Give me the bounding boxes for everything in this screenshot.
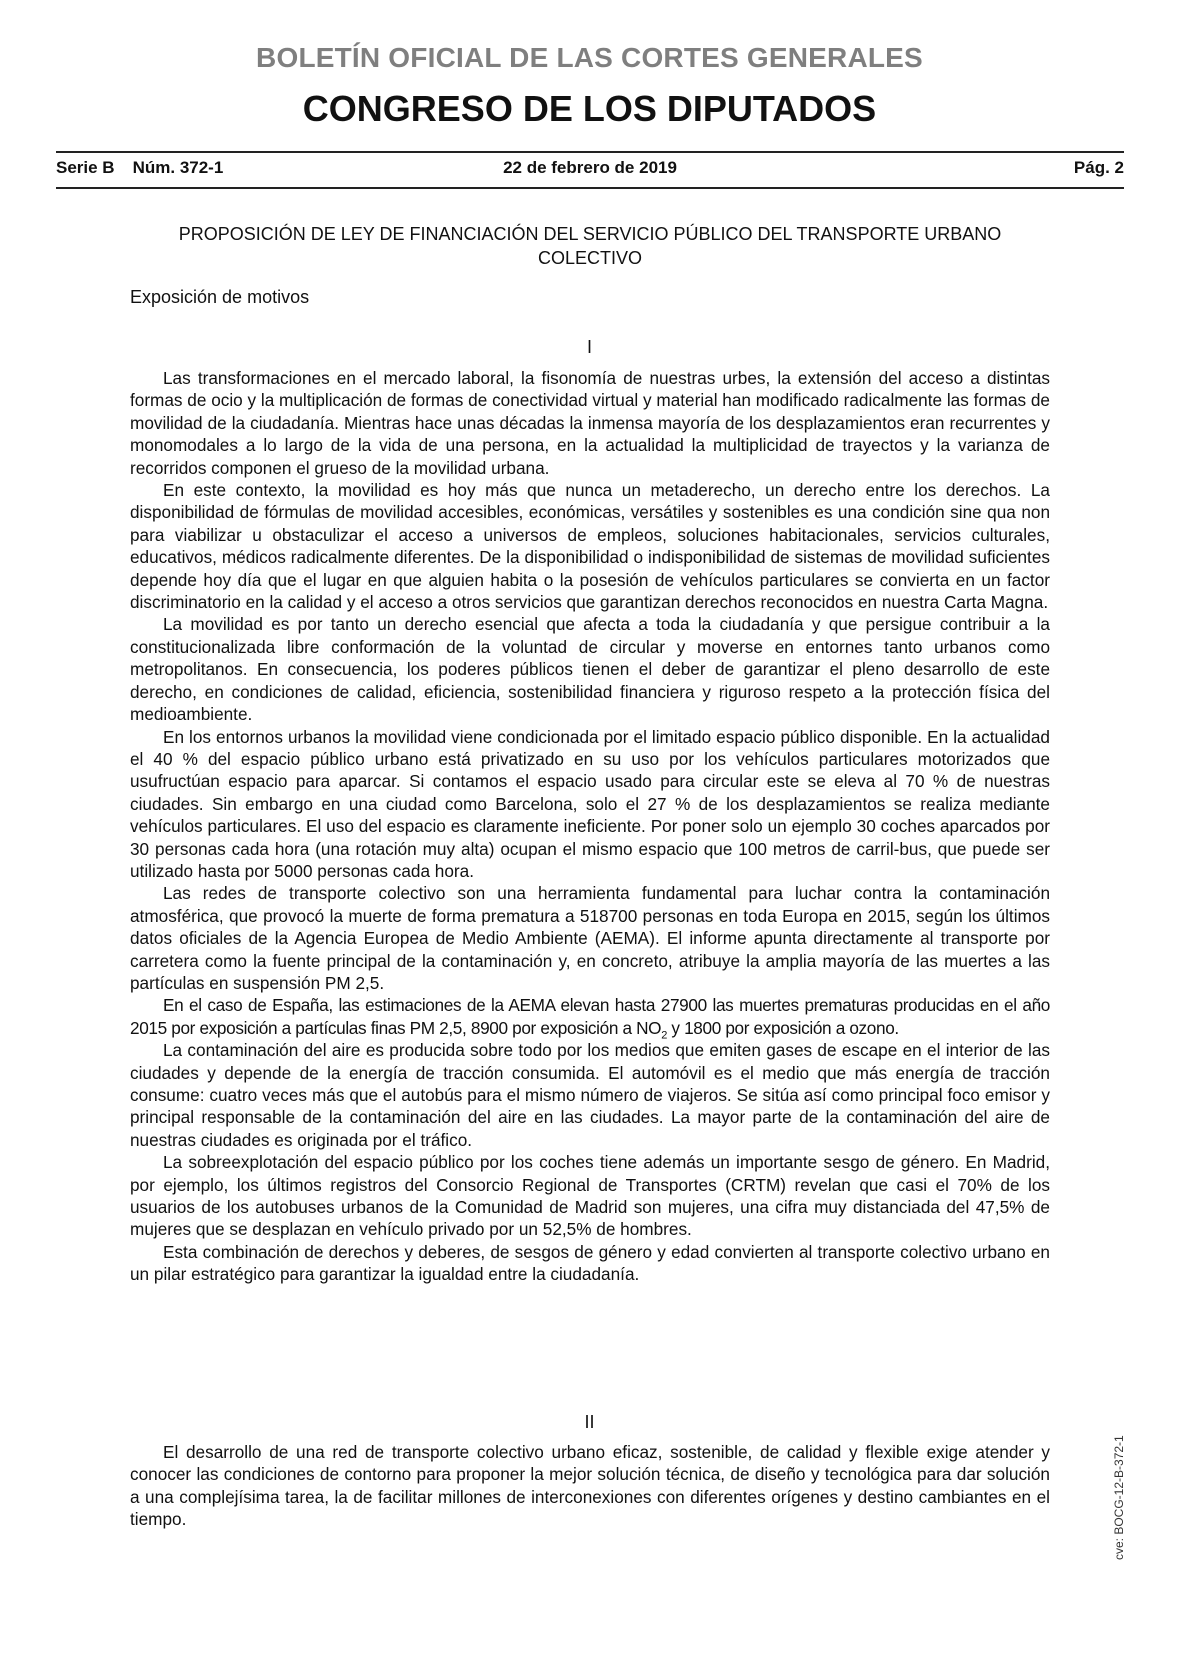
document-title: PROPOSICIÓN DE LEY DE FINANCIACIÓN DEL S… (130, 222, 1050, 270)
chamber-title: CONGRESO DE LOS DIPUTADOS (0, 88, 1179, 130)
cve-side-label: cve: BOCG-12-B-372-1 (1112, 1435, 1126, 1560)
paragraph-text: En el caso de España, las estimaciones d… (130, 995, 1050, 1037)
header-meta-bar: Serie BNúm. 372-1 22 de febrero de 2019 … (56, 158, 1124, 182)
section-numeral-2: II (0, 1412, 1179, 1433)
paragraph: En el caso de España, las estimaciones d… (130, 994, 1050, 1039)
paragraph: En este contexto, la movilidad es hoy má… (130, 479, 1050, 613)
section-numeral-1: I (0, 337, 1179, 358)
paragraph: Las transformaciones en el mercado labor… (130, 367, 1050, 479)
paragraph-text-tail: y 1800 por exposición a ozono. (667, 1018, 899, 1038)
paragraph: En los entornos urbanos la movilidad vie… (130, 726, 1050, 883)
paragraph: La contaminación del aire es producida s… (130, 1039, 1050, 1151)
header-bottom-rule (56, 187, 1124, 189)
page-number: Pág. 2 (1074, 158, 1124, 178)
paragraph: La sobreexplotación del espacio público … (130, 1151, 1050, 1241)
section-2-body: El desarrollo de una red de transporte c… (130, 1441, 1050, 1531)
header-top-rule (56, 151, 1124, 153)
paragraph: Las redes de transporte colectivo son un… (130, 882, 1050, 994)
document-subtitle: Exposición de motivos (130, 287, 309, 308)
paragraph: Esta combinación de derechos y deberes, … (130, 1241, 1050, 1286)
paragraph: La movilidad es por tanto un derecho ese… (130, 613, 1050, 725)
paragraph: El desarrollo de una red de transporte c… (130, 1441, 1050, 1531)
issue-date: 22 de febrero de 2019 (56, 158, 1124, 178)
section-1-body: Las transformaciones en el mercado labor… (130, 367, 1050, 1286)
publication-title: BOLETÍN OFICIAL DE LAS CORTES GENERALES (0, 42, 1179, 74)
